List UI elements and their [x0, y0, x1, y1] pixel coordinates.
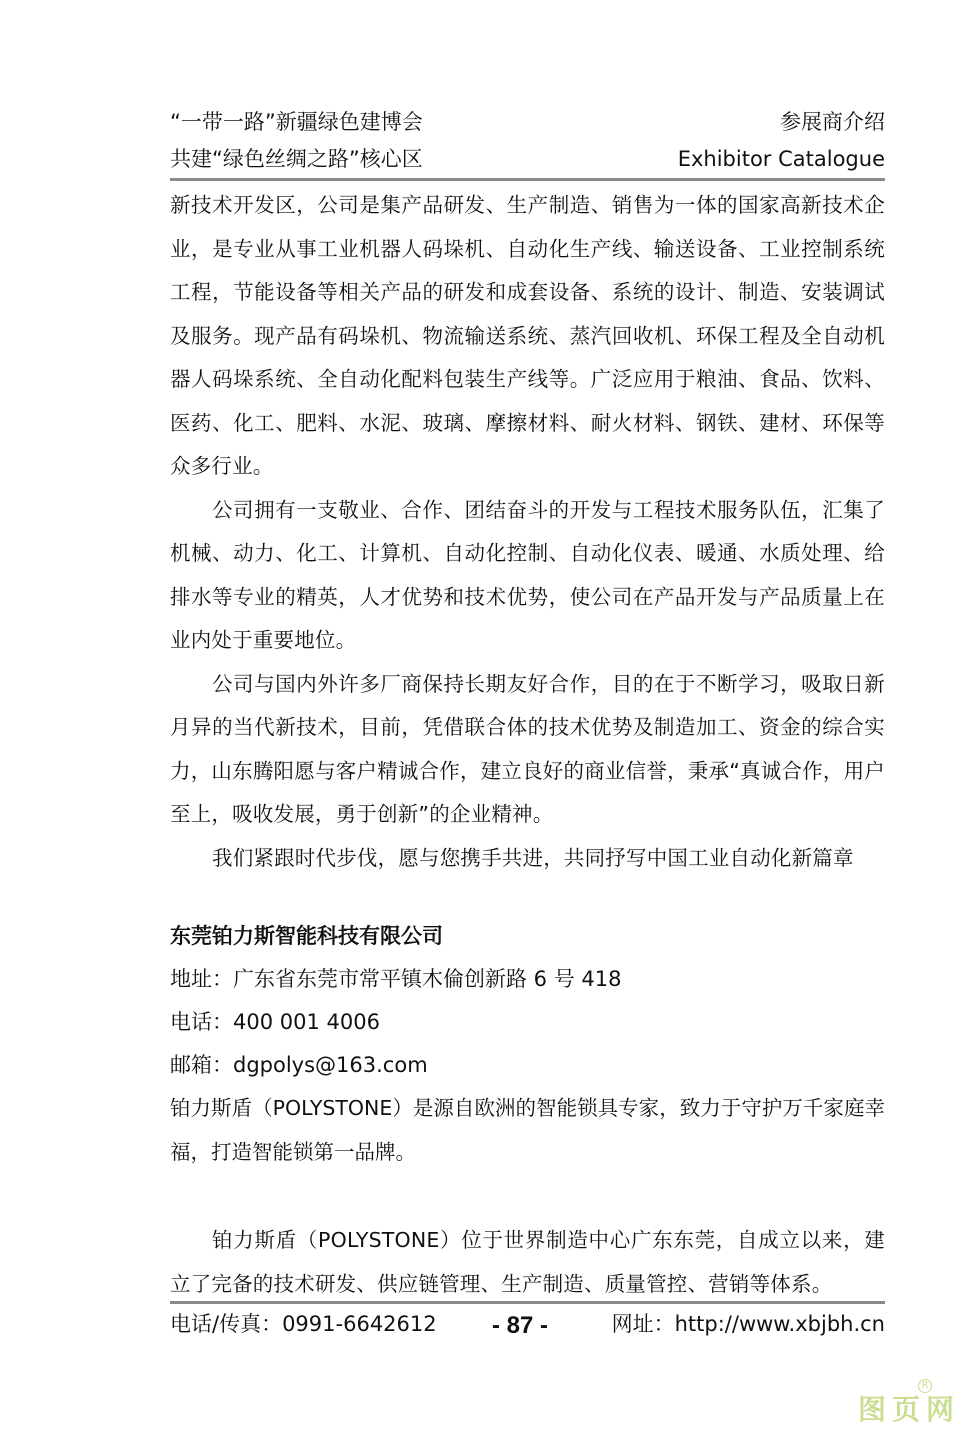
exhibitor-entry: 东莞铂力斯智能科技有限公司 地址：广东省东莞市常平镇木倫创新路 6 号 418 …: [170, 915, 885, 1174]
company-description: 新技术开发区，公司是集产品研发、生产制造、销售为一体的国家高新技术企业，是专业从…: [170, 184, 885, 880]
company-email: 邮箱：dgpolys@163.com: [170, 1044, 885, 1087]
paragraph: 公司与国内外许多厂商保持长期友好合作，目的在于不断学习，吸取日新月异的当代新技术…: [170, 663, 885, 837]
company-intro: 铂力斯盾（POLYSTONE）是源自欧洲的智能锁具专家，致力于守护万千家庭幸福，…: [170, 1087, 885, 1174]
page-header: “一带一路”新疆绿色建博会 参展商介绍 共建“绿色丝绸之路”核心区 Exhibi…: [170, 104, 885, 180]
exhibitor-details: 铂力斯盾（POLYSTONE）位于世界制造中心广东东莞，自成立以来，建立了完备的…: [170, 1219, 885, 1306]
watermark-logo: 图页网: [858, 1388, 960, 1428]
paragraph: 我们紧跟时代步伐，愿与您携手共进，共同抒写中国工业自动化新篇章: [170, 837, 885, 881]
footer-divider: [170, 1301, 885, 1304]
footer-website: 网址：http://www.xbjbh.cn: [612, 1305, 885, 1343]
section-title-cn: 参展商介绍: [780, 104, 885, 141]
page-footer: 电话/传真：0991-6642612 - 87 - 网址：http://www.…: [170, 1305, 885, 1343]
company-address: 地址：广东省东莞市常平镇木倫创新路 6 号 418: [170, 958, 885, 1001]
paragraph: 铂力斯盾（POLYSTONE）位于世界制造中心广东东莞，自成立以来，建立了完备的…: [170, 1219, 885, 1306]
header-row-1: “一带一路”新疆绿色建博会 参展商介绍: [170, 104, 885, 141]
page-number: - 87 -: [492, 1307, 548, 1345]
company-phone: 电话：400 001 4006: [170, 1001, 885, 1044]
paragraph: 新技术开发区，公司是集产品研发、生产制造、销售为一体的国家高新技术企业，是专业从…: [170, 184, 885, 489]
expo-title: “一带一路”新疆绿色建博会: [170, 104, 423, 141]
company-name: 东莞铂力斯智能科技有限公司: [170, 915, 885, 958]
registered-mark-icon: R: [918, 1379, 932, 1393]
footer-phone-fax: 电话/传真：0991-6642612: [170, 1305, 437, 1343]
catalogue-page: “一带一路”新疆绿色建博会 参展商介绍 共建“绿色丝绸之路”核心区 Exhibi…: [170, 0, 885, 1439]
expo-subtitle: 共建“绿色丝绸之路”核心区: [170, 141, 423, 178]
header-divider: [170, 178, 885, 181]
paragraph: 公司拥有一支敬业、合作、团结奋斗的开发与工程技术服务队伍，汇集了机械、动力、化工…: [170, 489, 885, 663]
header-row-2: 共建“绿色丝绸之路”核心区 Exhibitor Catalogue: [170, 141, 885, 178]
section-title-en: Exhibitor Catalogue: [678, 141, 885, 178]
